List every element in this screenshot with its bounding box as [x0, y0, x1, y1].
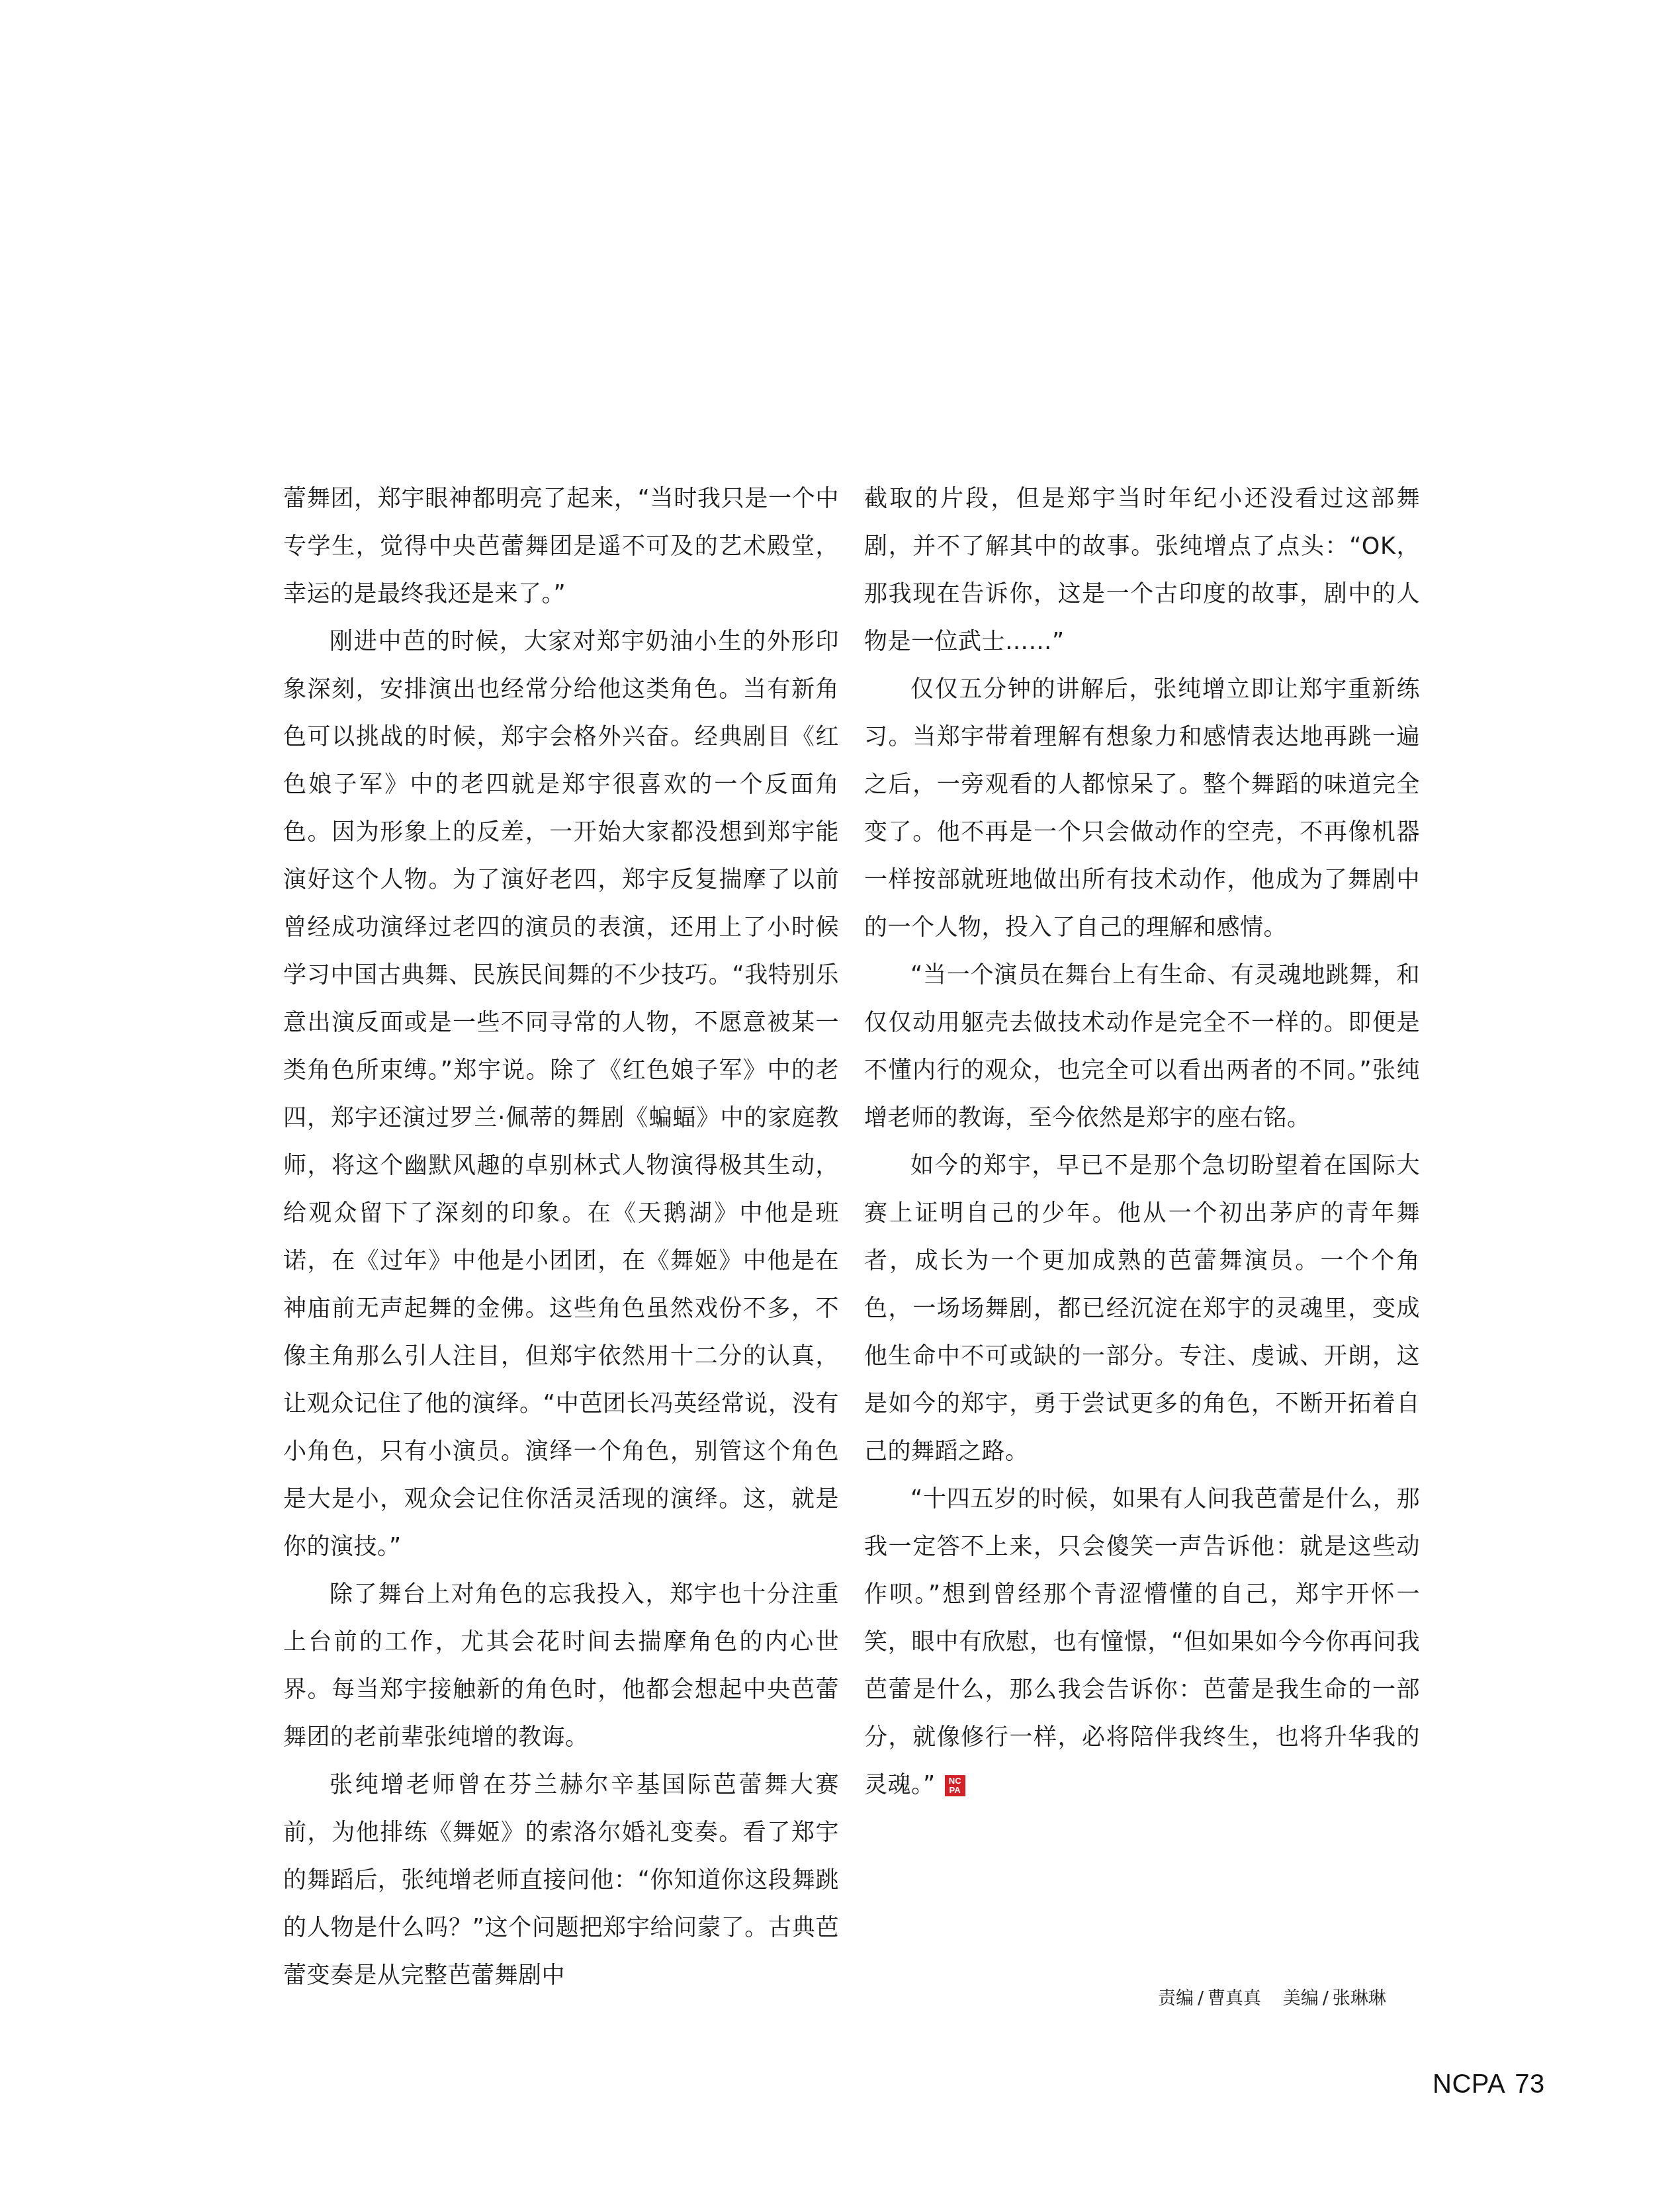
publication-name: NCPA [1433, 2070, 1505, 2099]
page-number: 73 [1515, 2070, 1545, 2099]
credit-separator: / [1198, 1988, 1204, 2009]
editor-label: 责编 [1158, 1988, 1194, 2009]
end-mark-line1: NC [945, 1776, 965, 1786]
designer-name: 张琳琳 [1333, 1988, 1386, 2009]
article-paragraph-final: “十四五岁的时候，如果有人问我芭蕾是什么，那我一定答不上来，只会傻笑一声告诉他：… [864, 1475, 1420, 1809]
article-column-right: 截取的片段，但是郑宇当时年纪小还没看过这部舞剧，并不了解其中的故事。张纯增点了点… [864, 475, 1420, 1809]
designer-label: 美编 [1283, 1988, 1319, 2009]
editorial-credits: 责编/曹真真 美编/张琳琳 [1158, 1984, 1390, 2009]
article-paragraph: 蕾舞团，郑宇眼神都明亮了起来，“当时我只是一个中专学生，觉得中央芭蕾舞团是遥不可… [283, 475, 839, 618]
article-paragraph: 仅仅五分钟的讲解后，张纯增立即让郑宇重新练习。当郑宇带着理解有想象力和感情表达地… [864, 666, 1420, 951]
ncpa-end-mark-icon: NCPA [945, 1775, 965, 1796]
page-folio: NCPA73 [1433, 2070, 1545, 2099]
final-paragraph-text: “十四五岁的时候，如果有人问我芭蕾是什么，那我一定答不上来，只会傻笑一声告诉他：… [864, 1486, 1420, 1798]
article-column-left: 蕾舞团，郑宇眼神都明亮了起来，“当时我只是一个中专学生，觉得中央芭蕾舞团是遥不可… [283, 475, 839, 1999]
credit-separator: / [1323, 1988, 1329, 2009]
editor-name: 曹真真 [1208, 1988, 1261, 2009]
end-mark-line2: PA [945, 1786, 965, 1795]
article-paragraph: 除了舞台上对角色的忘我投入，郑宇也十分注重上台前的工作，尤其会花时间去揣摩角色的… [283, 1571, 839, 1761]
article-paragraph: 张纯增老师曾在芬兰赫尔辛基国际芭蕾舞大赛前，为他排练《舞姬》的索洛尔婚礼变奏。看… [283, 1761, 839, 1999]
article-paragraph: 刚进中芭的时候，大家对郑宇奶油小生的外形印象深刻，安排演出也经常分给他这类角色。… [283, 618, 839, 1571]
article-paragraph: 如今的郑宇，早已不是那个急切盼望着在国际大赛上证明自己的少年。他从一个初出茅庐的… [864, 1142, 1420, 1475]
article-paragraph: “当一个演员在舞台上有生命、有灵魂地跳舞，和仅仅动用躯壳去做技术动作是完全不一样… [864, 951, 1420, 1142]
article-paragraph: 截取的片段，但是郑宇当时年纪小还没看过这部舞剧，并不了解其中的故事。张纯增点了点… [864, 475, 1420, 666]
